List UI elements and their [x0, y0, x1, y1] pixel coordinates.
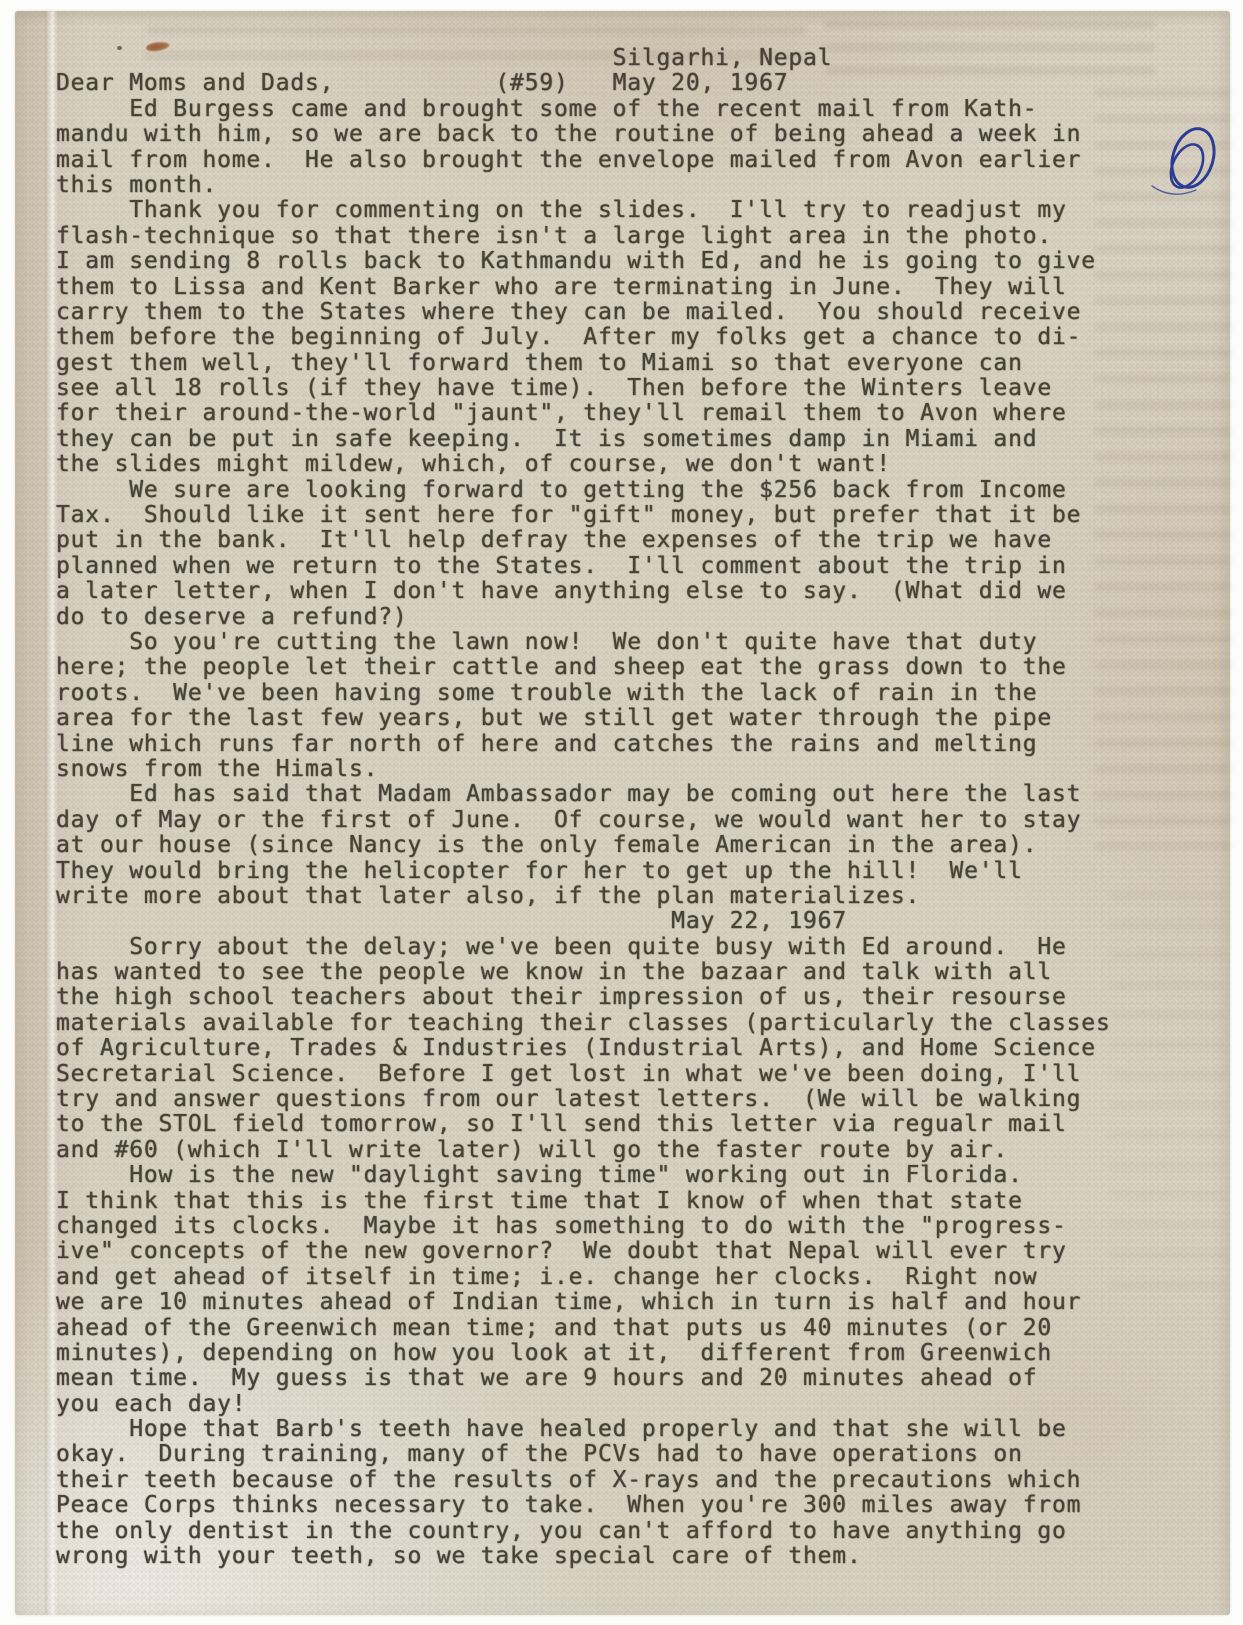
letter-line: How is the new "daylight saving time" wo… — [56, 1163, 1111, 1188]
letter-line: planned when we return to the States. I'… — [56, 554, 1111, 579]
letter-line: snows from the Himals. — [56, 757, 1111, 782]
scanned-page-background: Silgarhi, NepalDear Moms and Dads, (#59)… — [0, 0, 1243, 1625]
letter-line: we are 10 minutes ahead of Indian time, … — [56, 1290, 1111, 1315]
letter-line: We sure are looking forward to getting t… — [56, 478, 1111, 503]
letter-line: mail from home. He also brought the enve… — [56, 148, 1111, 173]
letter-line: So you're cutting the lawn now! We don't… — [56, 630, 1111, 655]
letter-line: write more about that later also, if the… — [56, 884, 1111, 909]
letter-line: their teeth because of the results of X-… — [56, 1468, 1111, 1493]
letter-line: wrong with your teeth, so we take specia… — [56, 1544, 1111, 1569]
letter-line: Ed has said that Madam Ambassador may be… — [56, 782, 1111, 807]
letter-line: changed its clocks. Maybe it has somethi… — [56, 1214, 1111, 1239]
letter-line: Tax. Should like it sent here for "gift"… — [56, 503, 1111, 528]
letter-line: here; the people let their cattle and sh… — [56, 655, 1111, 680]
letter-line: I think that this is the first time that… — [56, 1189, 1111, 1214]
letter-line: roots. We've been having some trouble wi… — [56, 681, 1111, 706]
letter-line: ive" concepts of the new governor? We do… — [56, 1239, 1111, 1264]
letter-line: them to Lissa and Kent Barker who are te… — [56, 275, 1111, 300]
letter-line: mandu with him, so we are back to the ro… — [56, 122, 1111, 147]
letter-line: Ed Burgess came and brought some of the … — [56, 97, 1111, 122]
letter-body: Silgarhi, NepalDear Moms and Dads, (#59)… — [56, 46, 1111, 1569]
letter-line: a later letter, when I don't have anythi… — [56, 579, 1111, 604]
letter-line: materials available for teaching their c… — [56, 1011, 1111, 1036]
letter-line: flash-technique so that there isn't a la… — [56, 224, 1111, 249]
letter-line: mean time. My guess is that we are 9 hou… — [56, 1366, 1111, 1391]
letter-line: Dear Moms and Dads, (#59) May 20, 1967 — [56, 71, 1111, 96]
letter-line: of Agriculture, Trades & Industries (Ind… — [56, 1036, 1111, 1061]
letter-line: try and answer questions from our latest… — [56, 1087, 1111, 1112]
letter-line: Thank you for commenting on the slides. … — [56, 198, 1111, 223]
letter-line: okay. During training, many of the PCVs … — [56, 1442, 1111, 1467]
letter-line: do to deserve a refund?) — [56, 605, 1111, 630]
letter-line: line which runs far north of here and ca… — [56, 732, 1111, 757]
letter-line: to the STOL field tomorrow, so I'll send… — [56, 1112, 1111, 1137]
letter-line: has wanted to see the people we know in … — [56, 960, 1111, 985]
letter-line: you each day! — [56, 1392, 1111, 1417]
letter-line: this month. — [56, 173, 1111, 198]
letter-line: they can be put in safe keeping. It is s… — [56, 427, 1111, 452]
letter-line: They would bring the helicopter for her … — [56, 859, 1111, 884]
letter-line: put in the bank. It'll help defray the e… — [56, 528, 1111, 553]
letter-line: gest them well, they'll forward them to … — [56, 351, 1111, 376]
letter-line: at our house (since Nancy is the only fe… — [56, 833, 1111, 858]
letter-line: Silgarhi, Nepal — [56, 46, 1111, 71]
letter-line: and #60 (which I'll write later) will go… — [56, 1138, 1111, 1163]
letter-line: area for the last few years, but we stil… — [56, 706, 1111, 731]
letter-line: the only dentist in the country, you can… — [56, 1519, 1111, 1544]
letter-line: them before the beginning of July. After… — [56, 325, 1111, 350]
letter-line: carry them to the States where they can … — [56, 300, 1111, 325]
letter-line: the slides might mildew, which, of cours… — [56, 452, 1111, 477]
letter-line: Sorry about the delay; we've been quite … — [56, 935, 1111, 960]
letter-line: minutes), depending on how you look at i… — [56, 1341, 1111, 1366]
handwritten-zero-pen-mark — [1146, 120, 1226, 206]
letter-line: Hope that Barb's teeth have healed prope… — [56, 1417, 1111, 1442]
letter-line: I am sending 8 rolls back to Kathmandu w… — [56, 249, 1111, 274]
letter-line: and get ahead of itself in time; i.e. ch… — [56, 1265, 1111, 1290]
letter-line: the high school teachers about their imp… — [56, 985, 1111, 1010]
letter-line: Peace Corps thinks necessary to take. Wh… — [56, 1493, 1111, 1518]
letter-line: May 22, 1967 — [56, 909, 1111, 934]
letter-line: see all 18 rolls (if they have time). Th… — [56, 376, 1111, 401]
bleedthrough-smudge-right-lower — [1110, 891, 1225, 1311]
letter-line: ahead of the Greenwich mean time; and th… — [56, 1316, 1111, 1341]
letter-line: day of May or the first of June. Of cour… — [56, 808, 1111, 833]
letter-line: Secretarial Science. Before I get lost i… — [56, 1062, 1111, 1087]
letter-line: for their around-the-world "jaunt", they… — [56, 401, 1111, 426]
